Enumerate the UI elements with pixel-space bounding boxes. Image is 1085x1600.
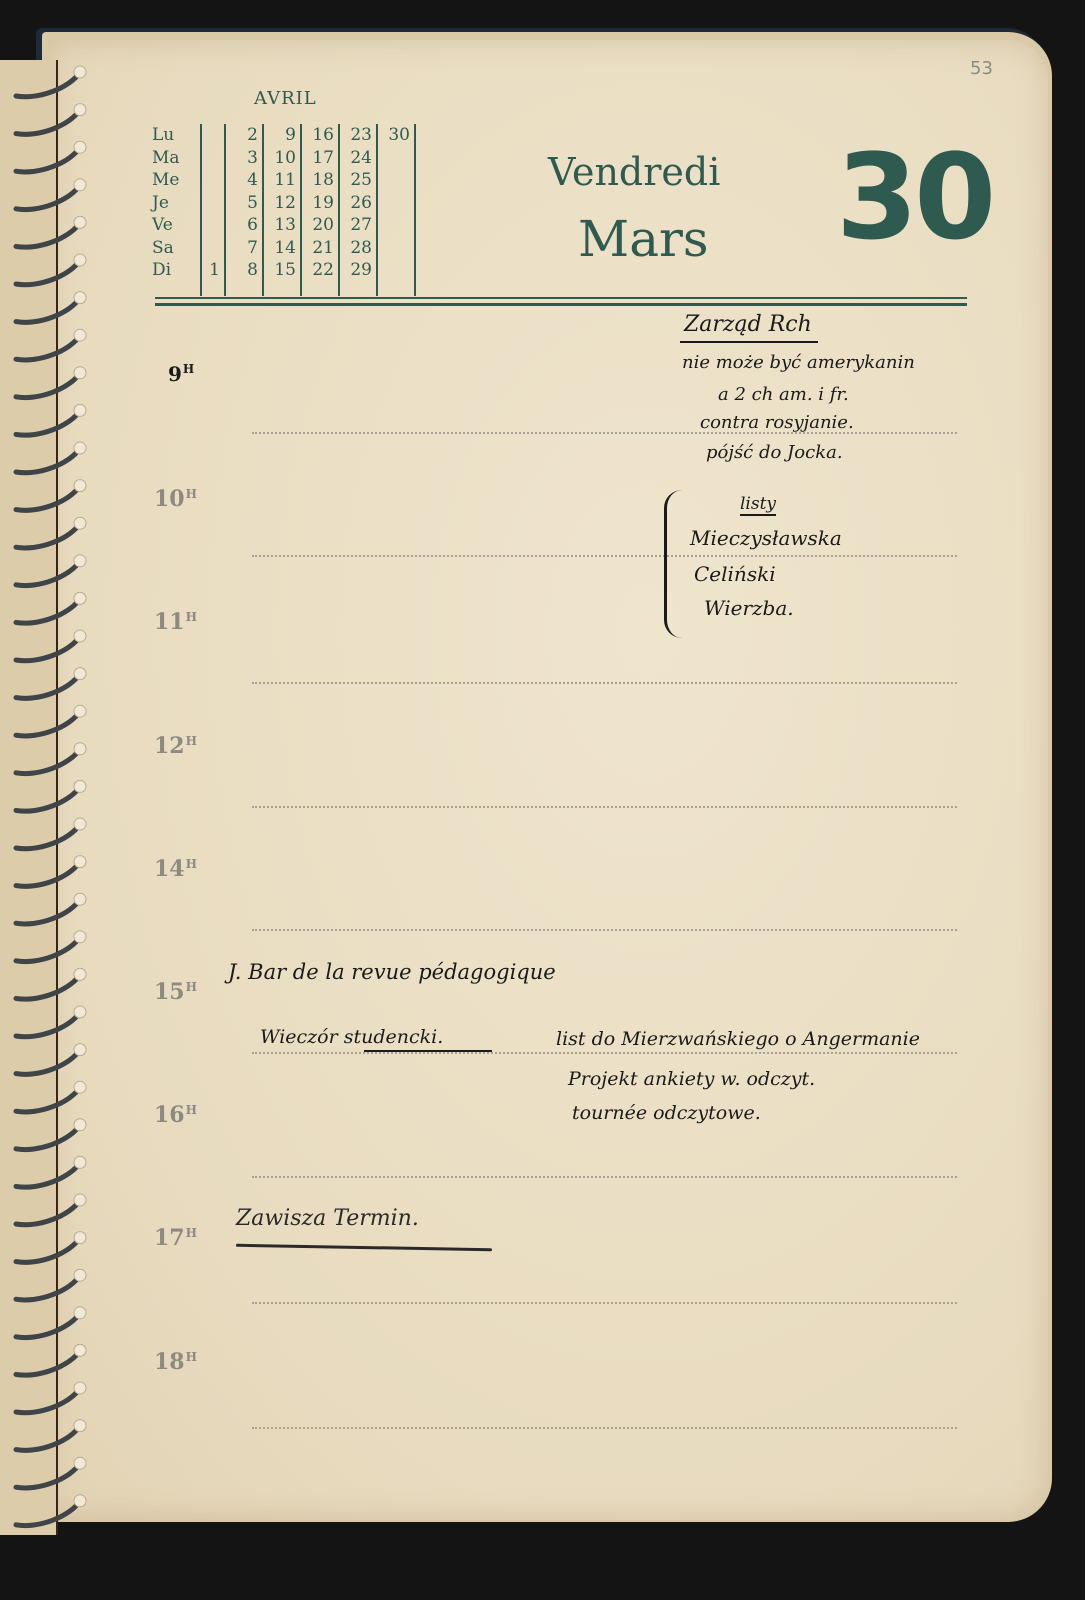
day-cell: 3 [226, 147, 258, 170]
hour-divider [252, 555, 957, 557]
day-cell: 30 [378, 124, 410, 147]
hour-label: 16H [154, 1102, 197, 1128]
header-month: Mars [578, 210, 709, 268]
day-cell: 21 [302, 237, 334, 260]
week-column: 2 3 4 5 6 7 8 [226, 124, 264, 296]
day-cell: 10 [264, 147, 296, 170]
handwritten-note: nie może być amerykanin [682, 352, 915, 373]
hour-divider [252, 1052, 957, 1054]
hour-label: 15H [154, 979, 197, 1005]
day-cell [378, 214, 410, 237]
hour-divider [252, 806, 957, 808]
week-column: 1 [200, 124, 226, 296]
handwritten-note: tournée odczytowe. [572, 1102, 761, 1124]
day-cell [202, 192, 220, 215]
hour-divider [252, 682, 957, 684]
hour-label: 11H [154, 609, 197, 635]
handwritten-note: list do Mierzwańskiego o Angermanie [556, 1028, 920, 1050]
day-cell: 22 [302, 259, 334, 282]
day-cell: 7 [226, 237, 258, 260]
hour-divider [252, 1302, 957, 1304]
day-cell: 12 [264, 192, 296, 215]
handwritten-underline [364, 1050, 492, 1052]
day-cell [202, 214, 220, 237]
hour-label: 17H [154, 1225, 197, 1251]
handwritten-heading: Zarząd Rch [680, 312, 818, 343]
weekday-label: Ma [152, 147, 202, 170]
mini-calendar-grid: Lu Ma Me Je Ve Sa Di 1 2 3 4 5 6 7 8 [152, 124, 416, 296]
day-cell [202, 124, 220, 147]
handwritten-note: Wierzba. [704, 596, 794, 620]
page-number: 53 [970, 58, 993, 79]
week-column: 16 17 18 19 20 21 22 [302, 124, 340, 296]
hour-divider [252, 1176, 957, 1178]
hour-label: 9H [168, 362, 194, 386]
handwritten-note: pójść do Jocka. [706, 442, 843, 463]
day-cell [378, 169, 410, 192]
day-cell: 14 [264, 237, 296, 260]
hour-divider [252, 929, 957, 931]
header-rule-top [155, 297, 967, 299]
weekday-label: Di [152, 259, 202, 282]
day-cell: 9 [264, 124, 296, 147]
weekday-label: Lu [152, 124, 202, 147]
handwritten-note: Wieczór studencki. [260, 1026, 443, 1048]
hour-divider [252, 1427, 957, 1429]
handwritten-note: a 2 ch am. i fr. [718, 384, 849, 405]
hour-label: 12H [154, 733, 197, 759]
day-cell [202, 237, 220, 260]
handwritten-note: contra rosyjanie. [700, 412, 854, 433]
day-cell: 4 [226, 169, 258, 192]
handwritten-note: Projekt ankiety w. odczyt. [568, 1068, 815, 1090]
header-rule-bottom [155, 303, 967, 306]
week-column: 9 10 11 12 13 14 15 [264, 124, 302, 296]
hour-label: 18H [154, 1349, 197, 1375]
handwritten-note: listy [740, 494, 776, 516]
day-cell [378, 237, 410, 260]
day-cell: 11 [264, 169, 296, 192]
week-column: 23 24 25 26 27 28 29 [340, 124, 378, 296]
header-day-number: 30 [836, 128, 992, 266]
day-cell: 26 [340, 192, 372, 215]
handwritten-note: Zawisza Termin. [236, 1206, 419, 1231]
header-weekday: Vendredi [548, 150, 720, 194]
day-cell: 28 [340, 237, 372, 260]
handwritten-note: Mieczysławska [690, 526, 842, 550]
day-cell: 20 [302, 214, 334, 237]
day-cell [378, 147, 410, 170]
day-cell: 24 [340, 147, 372, 170]
day-cell: 6 [226, 214, 258, 237]
day-cell: 19 [302, 192, 334, 215]
weekday-label: Sa [152, 237, 202, 260]
handwritten-note: Celiński [694, 562, 776, 586]
day-cell: 23 [340, 124, 372, 147]
day-cell: 27 [340, 214, 372, 237]
day-cell: 1 [202, 259, 220, 282]
mini-calendar-month: AVRIL [254, 88, 317, 109]
day-cell: 13 [264, 214, 296, 237]
day-cell: 18 [302, 169, 334, 192]
day-cell [378, 259, 410, 282]
hour-label: 10H [154, 486, 197, 512]
handwritten-note: J. Bar de la revue pédagogique [228, 960, 556, 984]
day-cell: 25 [340, 169, 372, 192]
hour-label: 14H [154, 856, 197, 882]
day-cell [378, 192, 410, 215]
weekday-label: Me [152, 169, 202, 192]
day-cell: 16 [302, 124, 334, 147]
weekday-column: Lu Ma Me Je Ve Sa Di [152, 124, 202, 296]
day-cell: 15 [264, 259, 296, 282]
day-cell: 5 [226, 192, 258, 215]
day-cell: 17 [302, 147, 334, 170]
day-cell [202, 169, 220, 192]
week-column: 30 [378, 124, 416, 296]
curly-brace-mark [664, 490, 687, 638]
weekday-label: Ve [152, 214, 202, 237]
day-cell: 29 [340, 259, 372, 282]
weekday-label: Je [152, 192, 202, 215]
day-cell [202, 147, 220, 170]
day-cell: 2 [226, 124, 258, 147]
spiral-binding-icon [8, 60, 98, 1540]
day-cell: 8 [226, 259, 258, 282]
